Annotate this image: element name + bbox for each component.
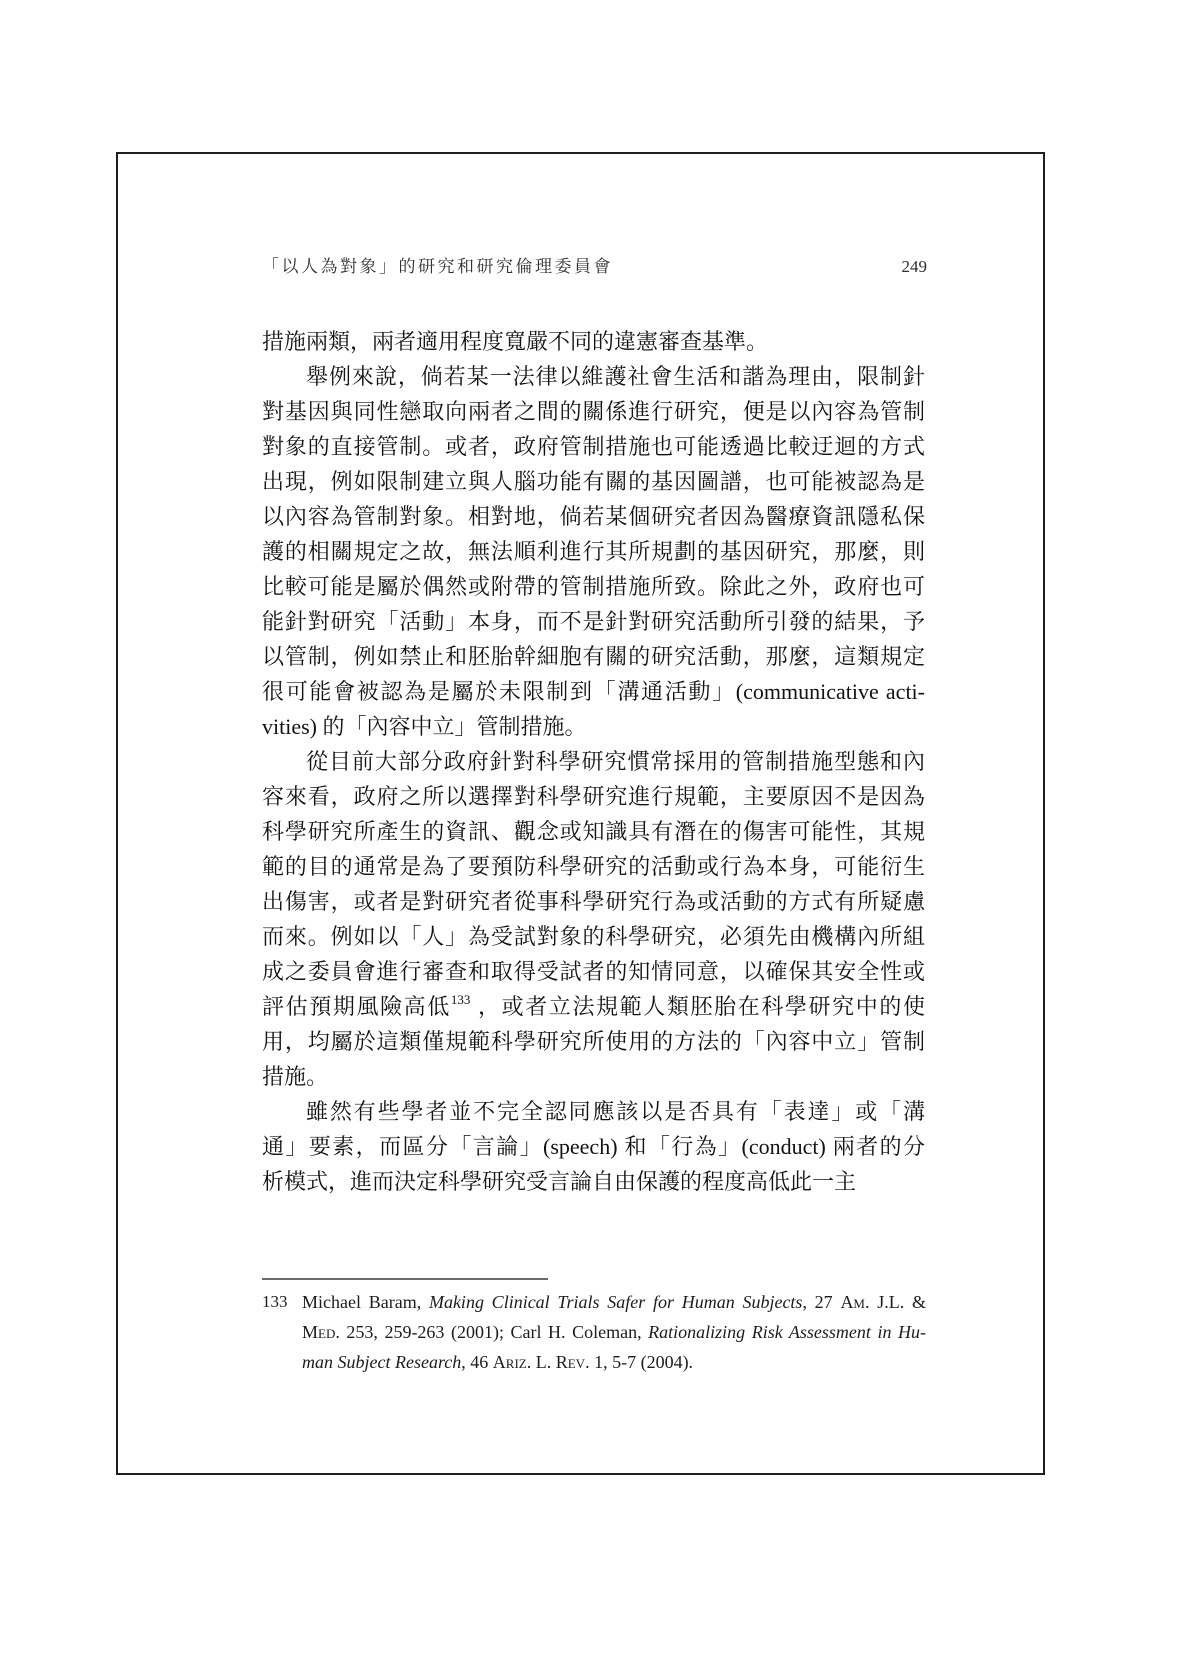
body-line: 護的相關規定之故，無法順利進行其所規劃的基因研究，那麼，則	[262, 534, 925, 569]
body-line: 舉例來說，倘若某一法律以維護社會生活和諧為理由，限制針	[262, 359, 925, 394]
footnote-segment: 253, 259-263 (2001); Carl H. Coleman,	[340, 1322, 648, 1342]
body-line: 範的目的通常是為了要預防科學研究的活動或行為本身，可能衍生	[262, 849, 925, 884]
body-line: 析模式，進而決定科學研究受言論自由保護的程度高低此一主	[262, 1164, 925, 1199]
footnote-segment: Med.	[302, 1322, 340, 1342]
footnote-segment: , 46	[461, 1352, 493, 1372]
body-line: 而來。例如以「人」為受試對象的科學研究，必須先由機構內所組	[262, 919, 925, 954]
footnote-ref-marker: 133	[451, 992, 477, 1007]
body-line: 科學研究所產生的資訊、觀念或知識具有潛在的傷害可能性，其規	[262, 814, 925, 849]
footnote-text: Michael Baram, Making Clinical Trials Sa…	[302, 1287, 926, 1377]
footnote: 133 Michael Baram, Making Clinical Trial…	[262, 1287, 927, 1377]
body-line: 能針對研究「活動」本身，而不是針對研究活動所引發的結果，予	[262, 604, 925, 639]
body-line: 對基因與同性戀取向兩者之間的關係進行研究，便是以內容為管制	[262, 394, 925, 429]
body-line: 評估預期風險高低133，或者立法規範人類胚胎在科學研究中的使	[262, 989, 925, 1024]
body-line: 從目前大部分政府針對科學研究慣常採用的管制措施型態和內	[262, 744, 925, 779]
body-line: 出現，例如限制建立與人腦功能有關的基因圖譜，也可能被認為是	[262, 464, 925, 499]
footnote-segment: Making Clinical Trials Safer for Human S…	[429, 1292, 802, 1312]
document-page: 「以人為對象」的研究和研究倫理委員會 249 措施兩類，兩者適用程度寬嚴不同的違…	[0, 0, 1177, 1664]
body-line: 措施。	[262, 1059, 925, 1094]
body-line: 很可能會被認為是屬於未限制到「溝通活動」(communicative acti-	[262, 674, 925, 709]
body-line: 出傷害，或者是對研究者從事科學研究行為或活動的方式有所疑慮	[262, 884, 925, 919]
body-line: 雖然有些學者並不完全認同應該以是否具有「表達」或「溝	[262, 1094, 925, 1129]
page-number: 249	[902, 257, 928, 277]
footnote-segment: man Subject Research	[302, 1352, 461, 1372]
footnote-segment: 1, 5-7 (2004).	[590, 1352, 693, 1372]
body-line: 以內容為管制對象。相對地，倘若某個研究者因為醫療資訊隱私保	[262, 499, 925, 534]
body-line: 對象的直接管制。或者，政府管制措施也可能透過比較迂迴的方式	[262, 429, 925, 464]
footnote-segment: Rationalizing Risk Assessment in Hu-	[648, 1322, 926, 1342]
footnote-number: 133	[262, 1287, 288, 1317]
footnote-line: man Subject Research, 46 Ariz. L. Rev. 1…	[302, 1347, 926, 1377]
body-line: 以管制，例如禁止和胚胎幹細胞有關的研究活動，那麼，這類規定	[262, 639, 925, 674]
body-line: 比較可能是屬於偶然或附帶的管制措施所致。除此之外，政府也可	[262, 569, 925, 604]
body-line: 通」要素，而區分「言論」(speech) 和「行為」(conduct) 兩者的分	[262, 1129, 925, 1164]
body-text-segment: ，或者立法規範人類胚胎在科學研究中的使	[476, 994, 925, 1019]
footnote-segment: Am. J.L. &	[840, 1292, 926, 1312]
running-head: 「以人為對象」的研究和研究倫理委員會 249	[262, 252, 927, 277]
footnote-line: Med. 253, 259-263 (2001); Carl H. Colema…	[302, 1317, 926, 1347]
body-line: 容來看，政府之所以選擇對科學研究進行規範，主要原因不是因為	[262, 779, 925, 814]
footnote-segment: , 27	[802, 1292, 840, 1312]
footnote-line: Michael Baram, Making Clinical Trials Sa…	[302, 1287, 926, 1317]
running-head-title: 「以人為對象」的研究和研究倫理委員會	[262, 252, 613, 277]
footnote-segment: Ariz. L. Rev.	[493, 1352, 590, 1372]
body-line: 成之委員會進行審查和取得受試者的知情同意，以確保其安全性或	[262, 954, 925, 989]
body-line: 用，均屬於這類僅規範科學研究所使用的方法的「內容中立」管制	[262, 1024, 925, 1059]
body-text: 措施兩類，兩者適用程度寬嚴不同的違憲審查基準。 舉例來說，倘若某一法律以維護社會…	[262, 324, 925, 1199]
footnote-segment: Michael Baram,	[302, 1292, 429, 1312]
footnote-separator	[262, 1278, 548, 1280]
body-text-segment: 評估預期風險高低	[262, 994, 451, 1019]
body-line: 措施兩類，兩者適用程度寬嚴不同的違憲審查基準。	[262, 324, 925, 359]
body-line: vities) 的「內容中立」管制措施。	[262, 709, 925, 744]
